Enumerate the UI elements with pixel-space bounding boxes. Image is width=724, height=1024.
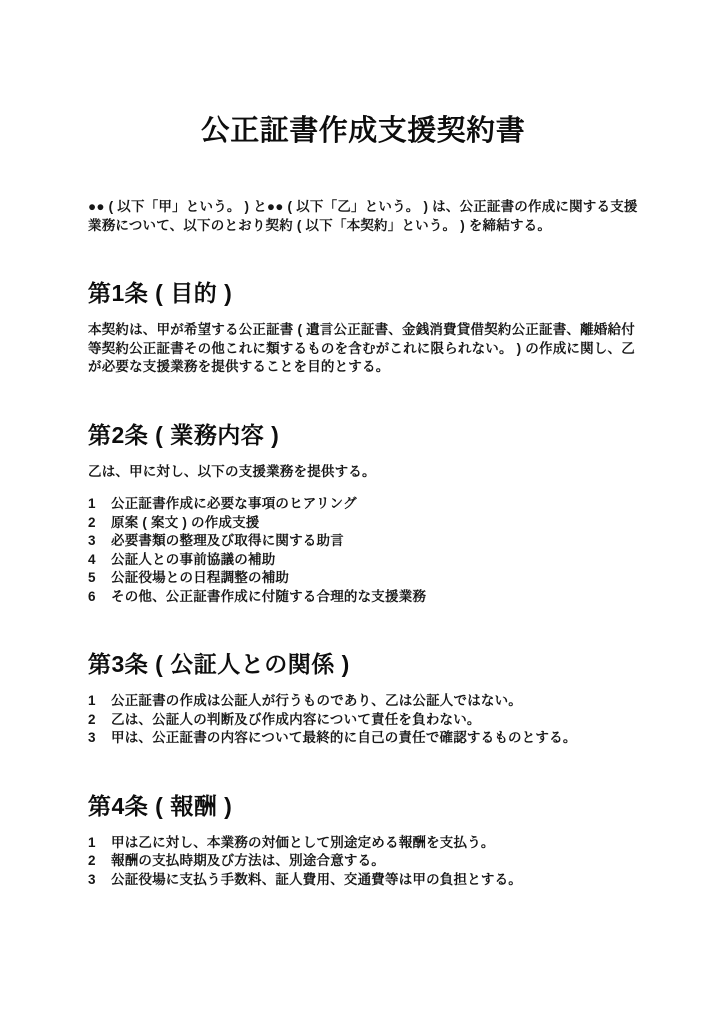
list-item-text: 原案 ( 案文 ) の作成支援 [111,514,638,533]
section-article-2: 第2条 ( 業務内容 ) 乙は、甲に対し、以下の支援業務を提供する。 1 公正証… [88,421,638,607]
section-article-1: 第1条 ( 目的 ) 本契約は、甲が希望する公正証書 ( 遺言公正証書、金銭消費… [88,279,638,377]
preamble-paragraph: ●● ( 以下「甲」という。 ) と●● ( 以下「乙」という。 ) は、公正証… [88,198,638,235]
list-item-number: 6 [88,588,111,607]
section-article-3: 第3条 ( 公証人との関係 ) 1 公正証書の作成は公証人が行うものであり、乙は… [88,650,638,748]
list-item: 3 公証役場に支払う手数料、証人費用、交通費等は甲の負担とする。 [88,871,638,890]
list-item-number: 3 [88,871,111,890]
article-2-body: 乙は、甲に対し、以下の支援業務を提供する。 [88,463,638,482]
list-item-number: 2 [88,514,111,533]
list-item: 5 公証役場との日程調整の補助 [88,569,638,588]
list-item-text: 乙は、公証人の判断及び作成内容について責任を負わない。 [111,711,638,730]
list-item: 3 甲は、公正証書の内容について最終的に自己の責任で確認するものとする。 [88,729,638,748]
list-item-text: その他、公正証書作成に付随する合理的な支援業務 [111,588,638,607]
list-item: 1 甲は乙に対し、本業務の対価として別途定める報酬を支払う。 [88,834,638,853]
article-1-body: 本契約は、甲が希望する公正証書 ( 遺言公正証書、金銭消費貸借契約公正証書、離婚… [88,321,638,377]
article-2-heading: 第2条 ( 業務内容 ) [88,421,638,449]
contract-document-page: 公正証書作成支援契約書 ●● ( 以下「甲」という。 ) と●● ( 以下「乙」… [0,0,724,1024]
list-item: 2 報酬の支払時期及び方法は、別途合意する。 [88,852,638,871]
list-item-text: 甲は、公正証書の内容について最終的に自己の責任で確認するものとする。 [111,729,638,748]
article-4-heading: 第4条 ( 報酬 ) [88,792,638,820]
list-item-text: 甲は乙に対し、本業務の対価として別途定める報酬を支払う。 [111,834,638,853]
section-article-4: 第4条 ( 報酬 ) 1 甲は乙に対し、本業務の対価として別途定める報酬を支払う… [88,792,638,890]
list-item: 1 公正証書作成に必要な事項のヒアリング [88,495,638,514]
list-item-text: 公証役場に支払う手数料、証人費用、交通費等は甲の負担とする。 [111,871,638,890]
list-item: 1 公正証書の作成は公証人が行うものであり、乙は公証人ではない。 [88,692,638,711]
list-item: 4 公証人との事前協議の補助 [88,551,638,570]
list-item-text: 公正証書作成に必要な事項のヒアリング [111,495,638,514]
list-item: 3 必要書類の整理及び取得に関する助言 [88,532,638,551]
list-item-text: 公正証書の作成は公証人が行うものであり、乙は公証人ではない。 [111,692,638,711]
list-item-number: 2 [88,852,111,871]
list-item-text: 公証役場との日程調整の補助 [111,569,638,588]
list-item-text: 必要書類の整理及び取得に関する助言 [111,532,638,551]
list-item-number: 5 [88,569,111,588]
list-item-text: 報酬の支払時期及び方法は、別途合意する。 [111,852,638,871]
list-item: 6 その他、公正証書作成に付随する合理的な支援業務 [88,588,638,607]
article-3-heading: 第3条 ( 公証人との関係 ) [88,650,638,678]
list-item-number: 1 [88,692,111,711]
article-1-heading: 第1条 ( 目的 ) [88,279,638,307]
list-item-number: 2 [88,711,111,730]
article-3-list: 1 公正証書の作成は公証人が行うものであり、乙は公証人ではない。 2 乙は、公証… [88,692,638,748]
list-item-number: 1 [88,495,111,514]
list-item-number: 4 [88,551,111,570]
list-item: 2 乙は、公証人の判断及び作成内容について責任を負わない。 [88,711,638,730]
article-2-list: 1 公正証書作成に必要な事項のヒアリング 2 原案 ( 案文 ) の作成支援 3… [88,495,638,606]
article-4-list: 1 甲は乙に対し、本業務の対価として別途定める報酬を支払う。 2 報酬の支払時期… [88,834,638,890]
list-item: 2 原案 ( 案文 ) の作成支援 [88,514,638,533]
document-title: 公正証書作成支援契約書 [88,112,638,150]
list-item-number: 1 [88,834,111,853]
list-item-number: 3 [88,532,111,551]
list-item-number: 3 [88,729,111,748]
list-item-text: 公証人との事前協議の補助 [111,551,638,570]
